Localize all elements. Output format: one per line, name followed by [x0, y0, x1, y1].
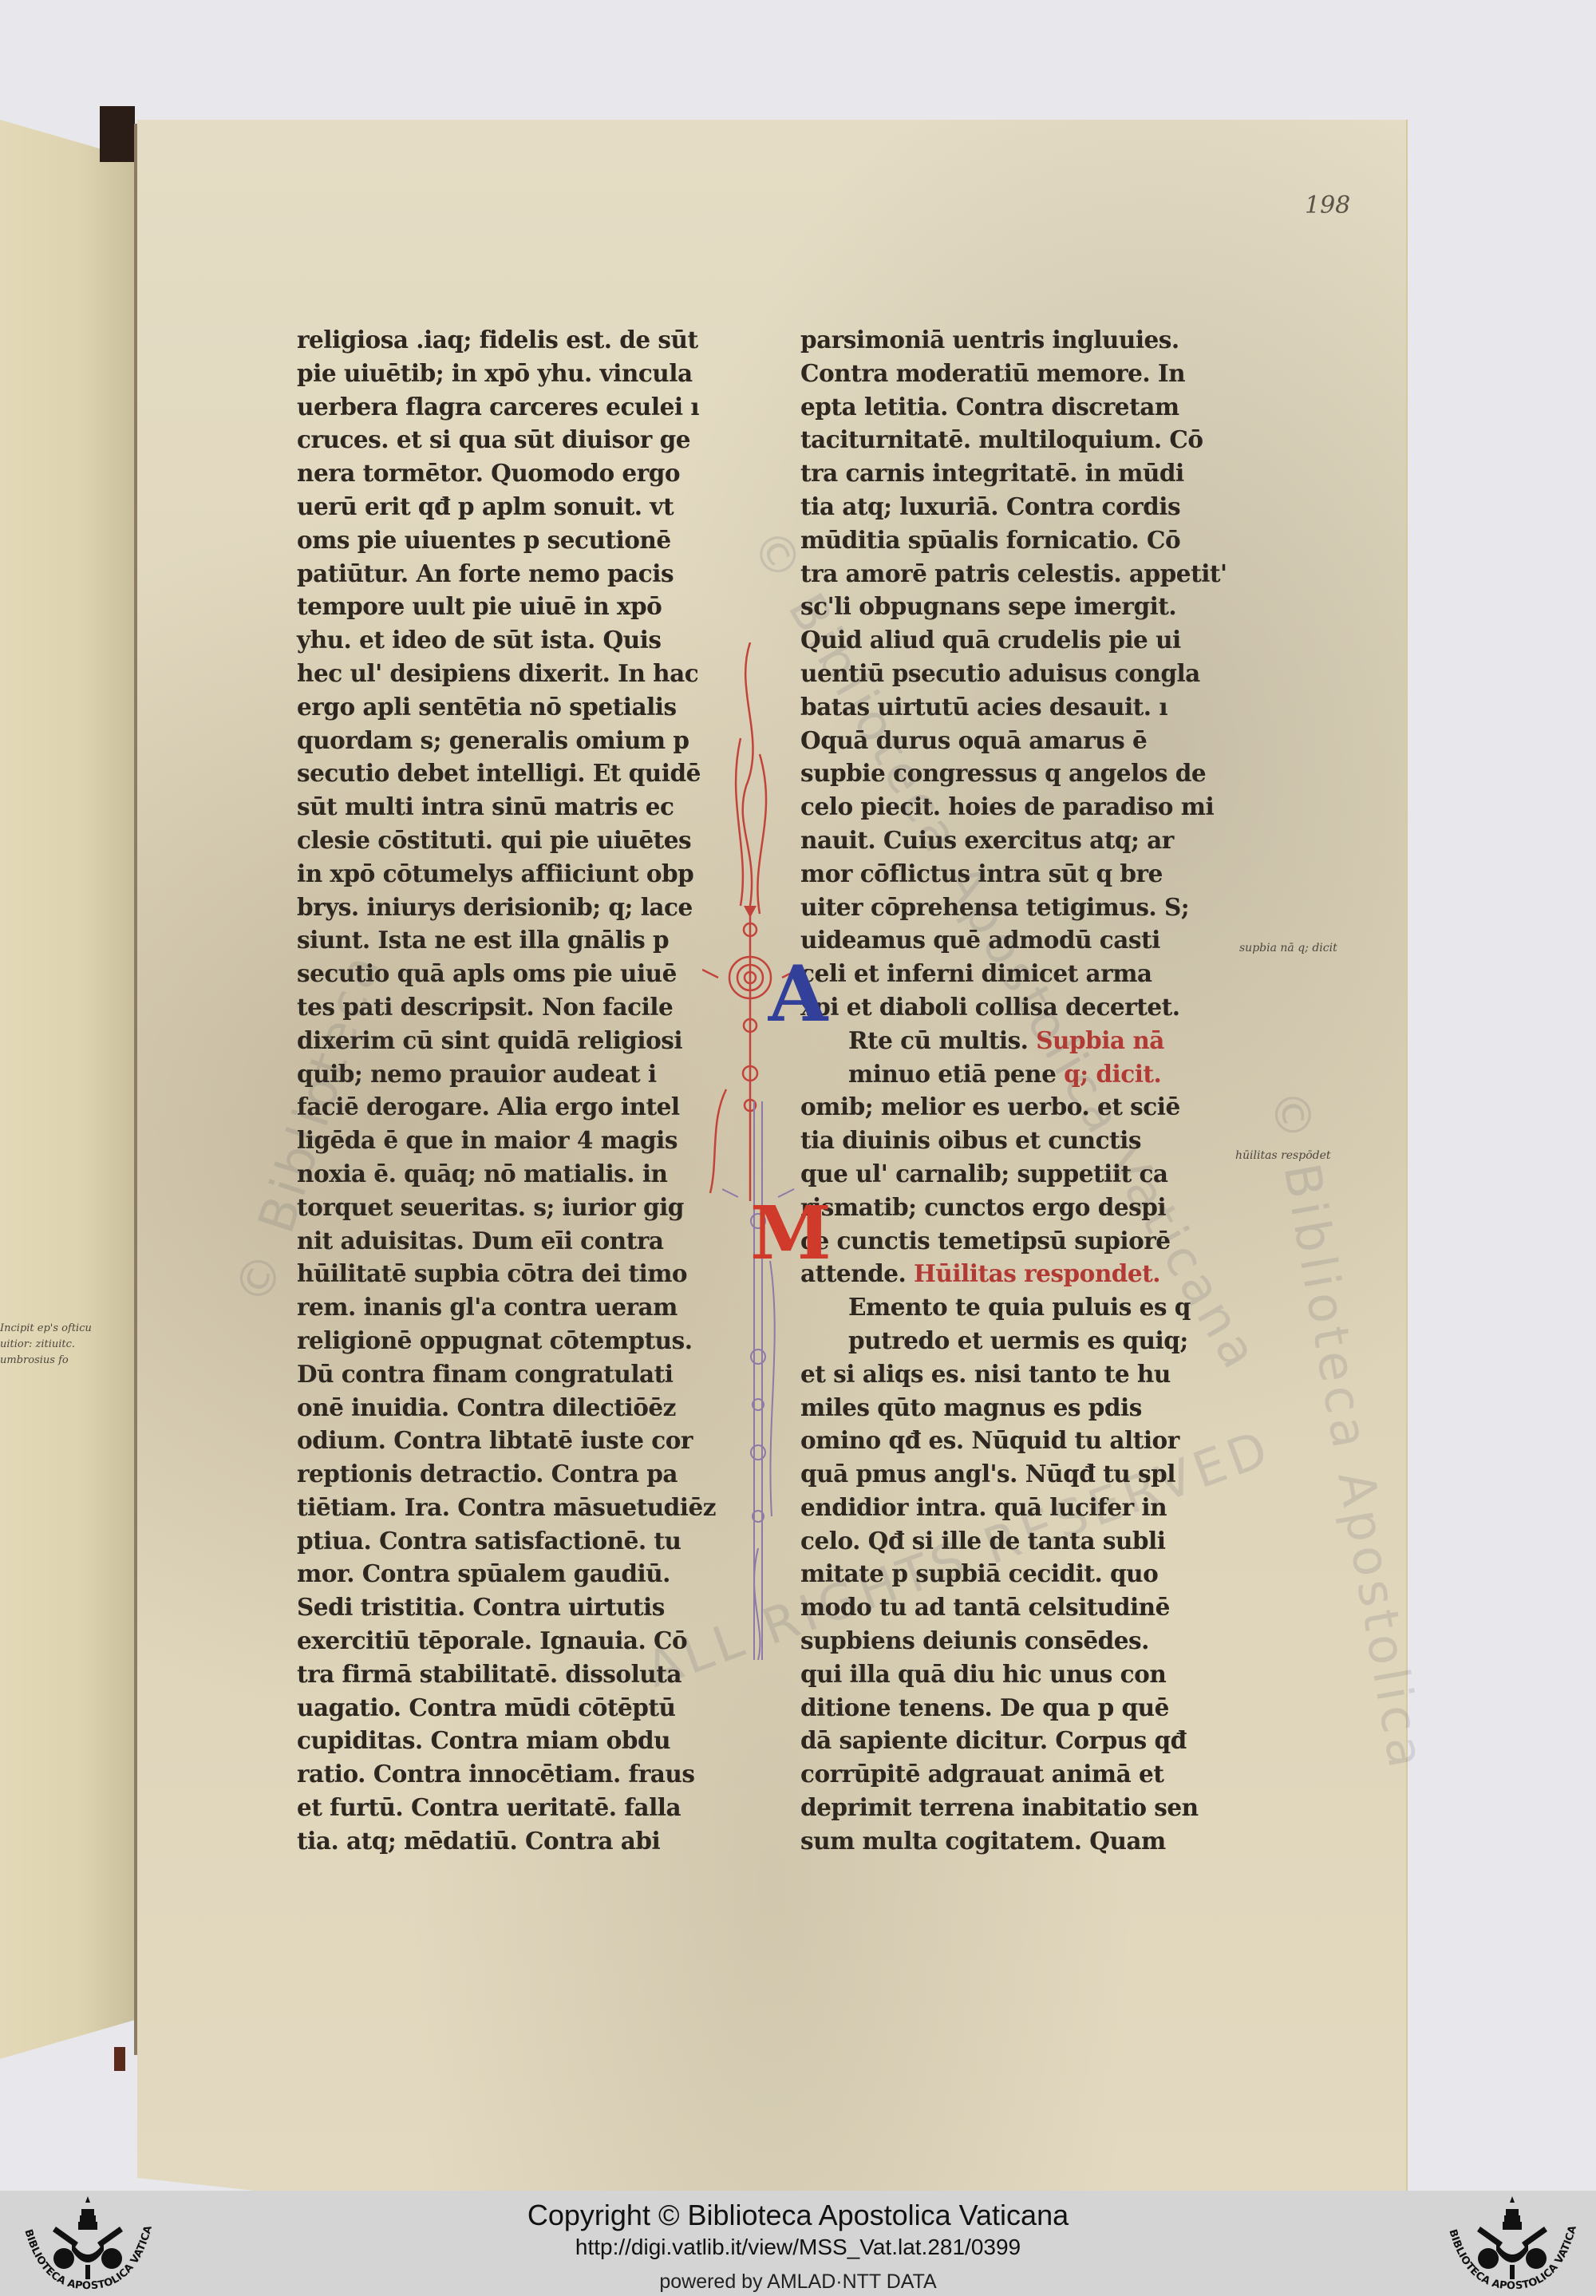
manuscript-line: dixerim cū sint quidā religiosi	[297, 1024, 696, 1057]
manuscript-line: et furtū. Contra ueritatē. falla	[297, 1791, 696, 1824]
manuscript-line: secutio quā apls oms pie uiuē	[297, 957, 696, 990]
illuminated-initial-a: A	[766, 958, 830, 1031]
manuscript-line: ptiua. Contra satisfactionē. tu	[297, 1524, 696, 1558]
manuscript-line: sc'li obpugnans sepe imergit.	[800, 590, 1215, 623]
manuscript-line: sum multa cogitatem. Quam	[800, 1824, 1215, 1858]
manuscript-line: tra firmā stabilitatē. dissoluta	[297, 1658, 696, 1691]
manuscript-line: uagatio. Contra mūdi cōtēptū	[297, 1691, 696, 1725]
manuscript-line: religiosa .iaq; fidelis est. de sūt	[297, 323, 696, 357]
manuscript-line: cruces. et si qua sūt diuisor ge	[297, 423, 696, 456]
marginal-note-line: umbrosius fo	[0, 1353, 92, 1369]
manuscript-line: onē inuidia. Contra dilectiōēz	[297, 1391, 696, 1425]
manuscript-line: taciturnitatē. multiloquium. Cō	[800, 423, 1215, 456]
manuscript-line: uideamus quē admodū casti	[800, 923, 1215, 957]
manuscript-line: quib; nemo prauior audeat i	[297, 1057, 696, 1091]
manuscript-line: tiētiam. Ira. Contra māsuetudiēz	[297, 1491, 696, 1524]
manuscript-line: mitate p supbiā cecidit. quo	[800, 1557, 1215, 1591]
manuscript-line: qui illa quā diu hic unus con	[800, 1658, 1215, 1691]
manuscript-line: yhu. et ideo de sūt ista. Quis	[297, 623, 696, 657]
manuscript-line: exercitiū tēporale. Ignauia. Cō	[297, 1624, 696, 1658]
manuscript-line: siunt. Ista ne est illa gnālis p	[297, 923, 696, 957]
vatican-library-logo-icon: BIBLIOTECA APOSTOLICA VATICANA	[1432, 2195, 1592, 2294]
manuscript-line: mor. Contra spūalem gaudiū.	[297, 1557, 696, 1591]
marginal-note-line: uitior: zitiuitc.	[0, 1337, 92, 1353]
manuscript-line: celo. Qđ si ille de tanta subli	[800, 1524, 1215, 1558]
manuscript-line: uentiū psecutio aduisus congla	[800, 657, 1215, 690]
manuscript-line: tempore uult pie uiuē in xpō	[297, 590, 696, 623]
manuscript-line: faciē derogare. Alia ergo intel	[297, 1090, 696, 1124]
manuscript-line: supbiens deiunis consēdes.	[800, 1624, 1215, 1658]
manuscript-line: deprimit terrena inabitatio sen	[800, 1791, 1215, 1824]
manuscript-line: cupiditas. Contra miam obdu	[297, 1724, 696, 1757]
manuscript-line: ergo apli sentētia nō spetialis	[297, 690, 696, 724]
copyright-footer: Copyright © Biblioteca Apostolica Vatica…	[0, 2191, 1596, 2296]
manuscript-line: uerū erit qđ p aplm sonuit. vt	[297, 490, 696, 524]
manuscript-line: que ul' carnalib; suppetiit ca	[800, 1157, 1215, 1191]
manuscript-line: uerbera flagra carceres eculei ı	[297, 390, 696, 424]
manuscript-line: Sedi tristitia. Contra uirtutis	[297, 1591, 696, 1624]
manuscript-line: Dū contra finam congratulati	[297, 1357, 696, 1391]
binding-clasp-top	[100, 106, 135, 162]
rubric-text: Hūilitas respondet.	[914, 1259, 1160, 1287]
manuscript-line: Rte cū multis. Supbia nā	[800, 1024, 1215, 1057]
marginal-note-left: Incipit ep's ofticu uitior: zitiuitc. um…	[0, 1321, 92, 1369]
manuscript-line: rem. inanis gl'a contra ueram	[297, 1290, 696, 1324]
manuscript-line: pie uiuētib; in xpō yhu. vincula	[297, 357, 696, 390]
manuscript-line: miles qūto magnus es pdis	[800, 1391, 1215, 1425]
manuscript-line: religionē oppugnat cōtemptus.	[297, 1324, 696, 1357]
manuscript-line: quā pmus angl's. Nūqđ tu spl	[800, 1457, 1215, 1491]
manuscript-line: tra carnis integritatē. in mūdi	[800, 456, 1215, 490]
binding-clasp-bottom	[114, 2047, 125, 2071]
svg-text:BIBLIOTECA APOSTOLICA VATICANA: BIBLIOTECA APOSTOLICA VATICANA	[1432, 2195, 1579, 2292]
marginal-note-humilitas: hūilitas respōdet	[1235, 1149, 1331, 1162]
text-column-right: parsimoniā uentris ingluuies.Contra mode…	[800, 323, 1215, 1858]
manuscript-line: brys. iniurys derisionib; q; lace	[297, 891, 696, 924]
manuscript-line: batas uirtutū acies desauit. ı	[800, 690, 1215, 724]
manuscript-line: attende. Hūilitas respondet.	[800, 1257, 1215, 1290]
svg-text:BIBLIOTECA APOSTOLICA VATICANA: BIBLIOTECA APOSTOLICA VATICANA	[8, 2195, 155, 2292]
source-url[interactable]: http://digi.vatlib.it/view/MSS_Vat.lat.2…	[0, 2235, 1596, 2260]
manuscript-line: celi et inferni dimicet arma	[800, 957, 1215, 990]
marginal-note-superbia: supbia nā q; dicit	[1239, 942, 1337, 954]
manuscript-line: tra amorē patris celestis. appetit'	[800, 557, 1215, 591]
manuscript-line: modo tu ad tantā celsitudinē	[800, 1591, 1215, 1624]
manuscript-line: hec ul' desipiens dixerit. In hac	[297, 657, 696, 690]
binding-gutter	[134, 124, 137, 2055]
manuscript-line: nera tormētor. Quomodo ergo	[297, 456, 696, 490]
manuscript-line: omino qđ es. Nūquid tu altior	[800, 1424, 1215, 1457]
manuscript-line: Contra moderatiū memore. In	[800, 357, 1215, 390]
manuscript-line: quordam s; generalis omium p	[297, 724, 696, 757]
manuscript-line: corrūpitē adgrauat animā et	[800, 1757, 1215, 1791]
rubric-text: Supbia nā	[1036, 1026, 1164, 1054]
manuscript-line: ratio. Contra innocētiam. fraus	[297, 1757, 696, 1791]
folio-number: 198	[1305, 192, 1350, 219]
manuscript-line: dā sapiente dicitur. Corpus qđ	[800, 1724, 1215, 1757]
manuscript-line: tia. atq; mēdatiū. Contra abi	[297, 1824, 696, 1858]
manuscript-line: clesie cōstituti. qui pie uiuētes	[297, 824, 696, 857]
manuscript-line: reptionis detractio. Contra pa	[297, 1457, 696, 1491]
manuscript-line: in xpō cōtumelys affiiciunt obp	[297, 857, 696, 891]
manuscript-line: secutio debet intelligi. Et quidē	[297, 757, 696, 790]
vatican-library-logo-icon: BIBLIOTECA APOSTOLICA VATICANA	[8, 2195, 168, 2294]
manuscript-line: rismatib; cunctos ergo despi	[800, 1191, 1215, 1224]
illuminated-initial-m: M	[750, 1197, 822, 1269]
pen-flourish-violet-icon	[722, 1101, 810, 1660]
manuscript-line: Emento te quia puluis es q	[800, 1290, 1215, 1324]
manuscript-line: mūditia spūalis fornicatio. Cō	[800, 524, 1215, 557]
marginal-note-line: Incipit ep's ofticu	[0, 1321, 92, 1337]
manuscript-line: parsimoniā uentris ingluuies.	[800, 323, 1215, 357]
manuscript-line: ditione tenens. De qua p quē	[800, 1691, 1215, 1725]
manuscript-line: omib; melior es uerbo. et sciē	[800, 1090, 1215, 1124]
manuscript-line: endidior intra. quā lucifer in	[800, 1491, 1215, 1524]
manuscript-line: ligēda ē que in maior 4 magis	[297, 1124, 696, 1157]
manuscript-line: Quid aliud quā crudelis pie ui	[800, 623, 1215, 657]
manuscript-line: tia diuinis oibus et cunctis	[800, 1124, 1215, 1157]
manuscript-line: xpi et diaboli collisa decertet.	[800, 990, 1215, 1024]
manuscript-line: epta letitia. Contra discretam	[800, 390, 1215, 424]
manuscript-line: mor cōflictus intra sūt q bre	[800, 857, 1215, 891]
manuscript-line: minuo etiā pene q; dicit.	[800, 1057, 1215, 1091]
previous-leaf	[0, 120, 134, 2059]
manuscript-line: torquet seueritas. s; iurior gig	[297, 1191, 696, 1224]
manuscript-line: uiter cōprehensa tetigimus. S;	[800, 891, 1215, 924]
manuscript-line: et si aliqs es. nisi tanto te hu	[800, 1357, 1215, 1391]
manuscript-line: putredo et uermis es quiq;	[800, 1324, 1215, 1357]
copyright-text: Copyright © Biblioteca Apostolica Vatica…	[0, 2199, 1596, 2232]
manuscript-line: ce cunctis temetipsū supiorē	[800, 1224, 1215, 1258]
rubric-text: q; dicit.	[1064, 1060, 1161, 1088]
manuscript-line: supbie congressus q angelos de	[800, 757, 1215, 790]
manuscript-line: noxia ē. quāq; nō matialis. in	[297, 1157, 696, 1191]
manuscript-line: odium. Contra libtatē iuste cor	[297, 1424, 696, 1457]
manuscript-line: hūilitatē supbia cōtra dei timo	[297, 1257, 696, 1290]
manuscript-line: tes pati descripsit. Non facile	[297, 990, 696, 1024]
manuscript-line: celo piecit. hoies de paradiso mi	[800, 790, 1215, 824]
manuscript-line: patiūtur. An forte nemo pacis	[297, 557, 696, 591]
manuscript-line: sūt multi intra sinū matris ec	[297, 790, 696, 824]
manuscript-line: nauit. Cuius exercitus atq; ar	[800, 824, 1215, 857]
manuscript-line: Oquā durus oquā amarus ē	[800, 724, 1215, 757]
manuscript-line: nit aduisitas. Dum eīi contra	[297, 1224, 696, 1258]
powered-by-text: powered by AMLAD·NTT DATA	[0, 2270, 1596, 2294]
manuscript-line: oms pie uiuentes p secutionē	[297, 524, 696, 557]
manuscript-line: tia atq; luxuriā. Contra cordis	[800, 490, 1215, 524]
manuscript-viewer: 198 © Biblioteca Apostolica Vaticana © B…	[0, 0, 1596, 2191]
text-column-left: religiosa .iaq; fidelis est. de sūtpie u…	[297, 323, 696, 1858]
